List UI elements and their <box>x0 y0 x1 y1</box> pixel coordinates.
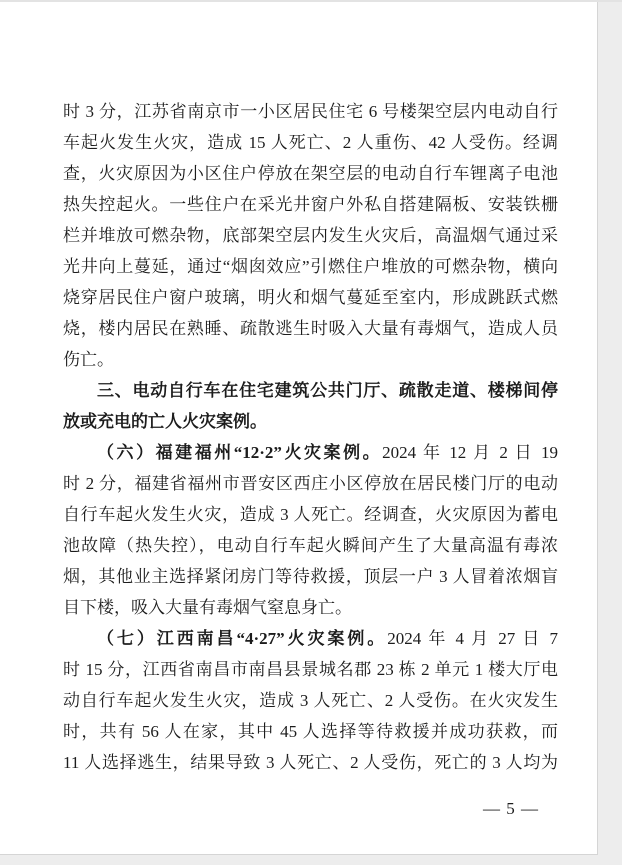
text-segment-kai: （六）福建福州“12·2”火灾案例。 <box>97 443 382 462</box>
text-segment-body: 2024 年 12 月 2 日 19 <box>382 443 558 462</box>
text-line: 11 人选择逃生，结果导致 3 人死亡、2 人受伤，死亡的 3 人均为 <box>63 747 558 778</box>
text-segment-body: 光井向上蔓延，通过“烟囱效应”引燃住户堆放的可燃杂物，横向 <box>63 257 558 276</box>
text-segment-body: 栏并堆放可燃杂物，底部架空层内发生火灾后，高温烟气通过采 <box>63 226 558 245</box>
text-line: 查，火灾原因为小区住户停放在架空层的电动自行车锂离子电池 <box>63 158 558 189</box>
text-block: 时 3 分，江苏省南京市一小区居民住宅 6 号楼架空层内电动自行车起火发生火灾，… <box>63 96 558 778</box>
text-segment-body: 烧，楼内居民在熟睡、疏散逃生时吸入大量有毒烟气，造成人员 <box>63 319 558 338</box>
text-segment-hei: 放或充电的亡人火灾案例。 <box>63 412 267 431</box>
text-line: 池故障（热失控），电动自行车起火瞬间产生了大量高温有毒浓 <box>63 530 558 561</box>
text-line: 时 2 分，福建省福州市晋安区西庄小区停放在居民楼门厅的电动 <box>63 468 558 499</box>
text-line: 车起火发生火灾，造成 15 人死亡、2 人重伤、42 人受伤。经调 <box>63 127 558 158</box>
text-line: 三、电动自行车在住宅建筑公共门厅、疏散走道、楼梯间停 <box>63 375 558 406</box>
text-segment-body: 车起火发生火灾，造成 15 人死亡、2 人重伤、42 人受伤。经调 <box>63 133 558 152</box>
text-line: 动自行车起火发生火灾，造成 3 人死亡、2 人受伤。在火灾发生 <box>63 685 558 716</box>
text-segment-body: 自行车起火发生火灾，造成 3 人死亡。经调查，火灾原因为蓄电 <box>63 505 558 524</box>
document-page: 时 3 分，江苏省南京市一小区居民住宅 6 号楼架空层内电动自行车起火发生火灾，… <box>0 2 598 855</box>
text-segment-body: 时 2 分，福建省福州市晋安区西庄小区停放在居民楼门厅的电动 <box>63 474 558 493</box>
page-number: — 5 — <box>483 799 539 819</box>
text-line: 放或充电的亡人火灾案例。 <box>63 406 558 437</box>
text-segment-body: 烧穿居民住户窗户玻璃，明火和烟气蔓延至室内，形成跳跃式燃 <box>63 288 558 307</box>
text-segment-body: 烟，其他业主选择紧闭房门等待救援，顶层一户 3 人冒着浓烟盲 <box>63 567 558 586</box>
text-line: 烧，楼内居民在熟睡、疏散逃生时吸入大量有毒烟气，造成人员 <box>63 313 558 344</box>
text-segment-body: 时 3 分，江苏省南京市一小区居民住宅 6 号楼架空层内电动自行 <box>63 102 558 121</box>
text-line: 伤亡。 <box>63 344 558 375</box>
text-segment-body: 2024 年 4 月 27 日 7 <box>387 629 558 648</box>
text-segment-body: 热失控起火。一些住户在采光井窗户外私自搭建隔板、安装铁栅 <box>63 195 558 214</box>
text-line: 目下楼，吸入大量有毒烟气窒息身亡。 <box>63 592 558 623</box>
text-line: 时 15 分，江西省南昌市南昌县景城名郡 23 栋 2 单元 1 楼大厅电 <box>63 654 558 685</box>
text-line: 烧穿居民住户窗户玻璃，明火和烟气蔓延至室内，形成跳跃式燃 <box>63 282 558 313</box>
text-line: 光井向上蔓延，通过“烟囱效应”引燃住户堆放的可燃杂物，横向 <box>63 251 558 282</box>
text-segment-hei: 三、电动自行车在住宅建筑公共门厅、疏散走道、楼梯间停 <box>97 381 558 400</box>
text-line: （六）福建福州“12·2”火灾案例。2024 年 12 月 2 日 19 <box>63 437 558 468</box>
text-line: 栏并堆放可燃杂物，底部架空层内发生火灾后，高温烟气通过采 <box>63 220 558 251</box>
document-viewport: 时 3 分，江苏省南京市一小区居民住宅 6 号楼架空层内电动自行车起火发生火灾，… <box>0 0 622 865</box>
text-line: 时，共有 56 人在家，其中 45 人选择等待救援并成功获救，而 <box>63 716 558 747</box>
text-segment-body: 动自行车起火发生火灾，造成 3 人死亡、2 人受伤。在火灾发生 <box>63 691 558 710</box>
text-segment-body: 查，火灾原因为小区住户停放在架空层的电动自行车锂离子电池 <box>63 164 558 183</box>
text-segment-body: 伤亡。 <box>63 350 114 369</box>
text-segment-body: 时 15 分，江西省南昌市南昌县景城名郡 23 栋 2 单元 1 楼大厅电 <box>63 660 558 679</box>
text-line: （七）江西南昌“4·27”火灾案例。2024 年 4 月 27 日 7 <box>63 623 558 654</box>
text-segment-kai: （七）江西南昌“4·27”火灾案例。 <box>97 629 387 648</box>
text-line: 烟，其他业主选择紧闭房门等待救援，顶层一户 3 人冒着浓烟盲 <box>63 561 558 592</box>
text-segment-body: 时，共有 56 人在家，其中 45 人选择等待救援并成功获救，而 <box>63 722 558 741</box>
text-line: 热失控起火。一些住户在采光井窗户外私自搭建隔板、安装铁栅 <box>63 189 558 220</box>
text-segment-body: 11 人选择逃生，结果导致 3 人死亡、2 人受伤，死亡的 3 人均为 <box>63 753 558 772</box>
text-segment-body: 目下楼，吸入大量有毒烟气窒息身亡。 <box>63 598 352 617</box>
text-line: 自行车起火发生火灾，造成 3 人死亡。经调查，火灾原因为蓄电 <box>63 499 558 530</box>
text-segment-body: 池故障（热失控），电动自行车起火瞬间产生了大量高温有毒浓 <box>63 536 558 555</box>
text-line: 时 3 分，江苏省南京市一小区居民住宅 6 号楼架空层内电动自行 <box>63 96 558 127</box>
